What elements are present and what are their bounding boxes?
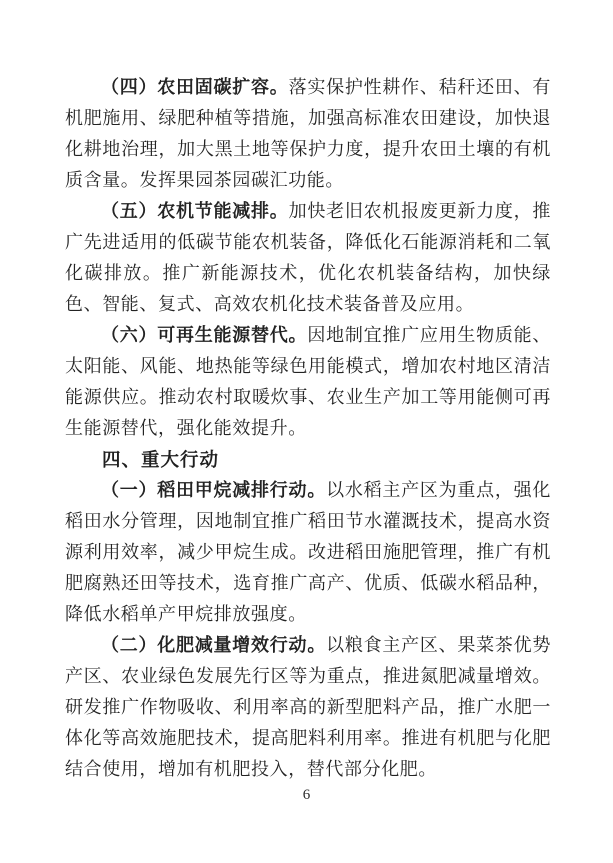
document-page: （四）农田固碳扩容。落实保护性耕作、秸秆还田、有机肥施用、绿肥种植等措施，加强高… xyxy=(0,0,613,863)
page-number: 6 xyxy=(0,786,613,804)
paragraph-action-2: （二）化肥减量增效行动。以粮食主产区、果菜茶优势产区、农业绿色发展先行区等为重点… xyxy=(65,630,551,785)
paragraph-lead: （一）稻田甲烷减排行动。 xyxy=(101,480,326,500)
paragraph-lead: （二）化肥减量增效行动。 xyxy=(101,635,326,655)
paragraph-section-6: （六）可再生能源替代。因地制宜推广应用生物质能、太阳能、风能、地热能等绿色用能模… xyxy=(65,320,551,444)
paragraph-body: 以粮食主产区、果菜茶优势产区、农业绿色发展先行区等为重点，推进氮肥减量增效。研发… xyxy=(65,635,551,779)
paragraph-lead: （四）农田固碳扩容。 xyxy=(101,77,289,97)
text-block: （四）农田固碳扩容。落实保护性耕作、秸秆还田、有机肥施用、绿肥种植等措施，加强高… xyxy=(65,72,551,785)
paragraph-section-5: （五）农机节能减排。加快老旧农机报废更新力度，推广先进适用的低碳节能农机装备，降… xyxy=(65,196,551,320)
paragraph-lead: （五）农机节能减排。 xyxy=(101,201,289,221)
section-heading: 四、重大行动 xyxy=(65,444,551,475)
paragraph-lead: （六）可再生能源替代。 xyxy=(101,325,307,345)
paragraph-body: 以水稻主产区为重点，强化稻田水分管理，因地制宜推广稻田节水灌溉技术，提高水资源利… xyxy=(65,480,551,624)
paragraph-section-4: （四）农田固碳扩容。落实保护性耕作、秸秆还田、有机肥施用、绿肥种植等措施，加强高… xyxy=(65,72,551,196)
paragraph-action-1: （一）稻田甲烷减排行动。以水稻主产区为重点，强化稻田水分管理，因地制宜推广稻田节… xyxy=(65,475,551,630)
